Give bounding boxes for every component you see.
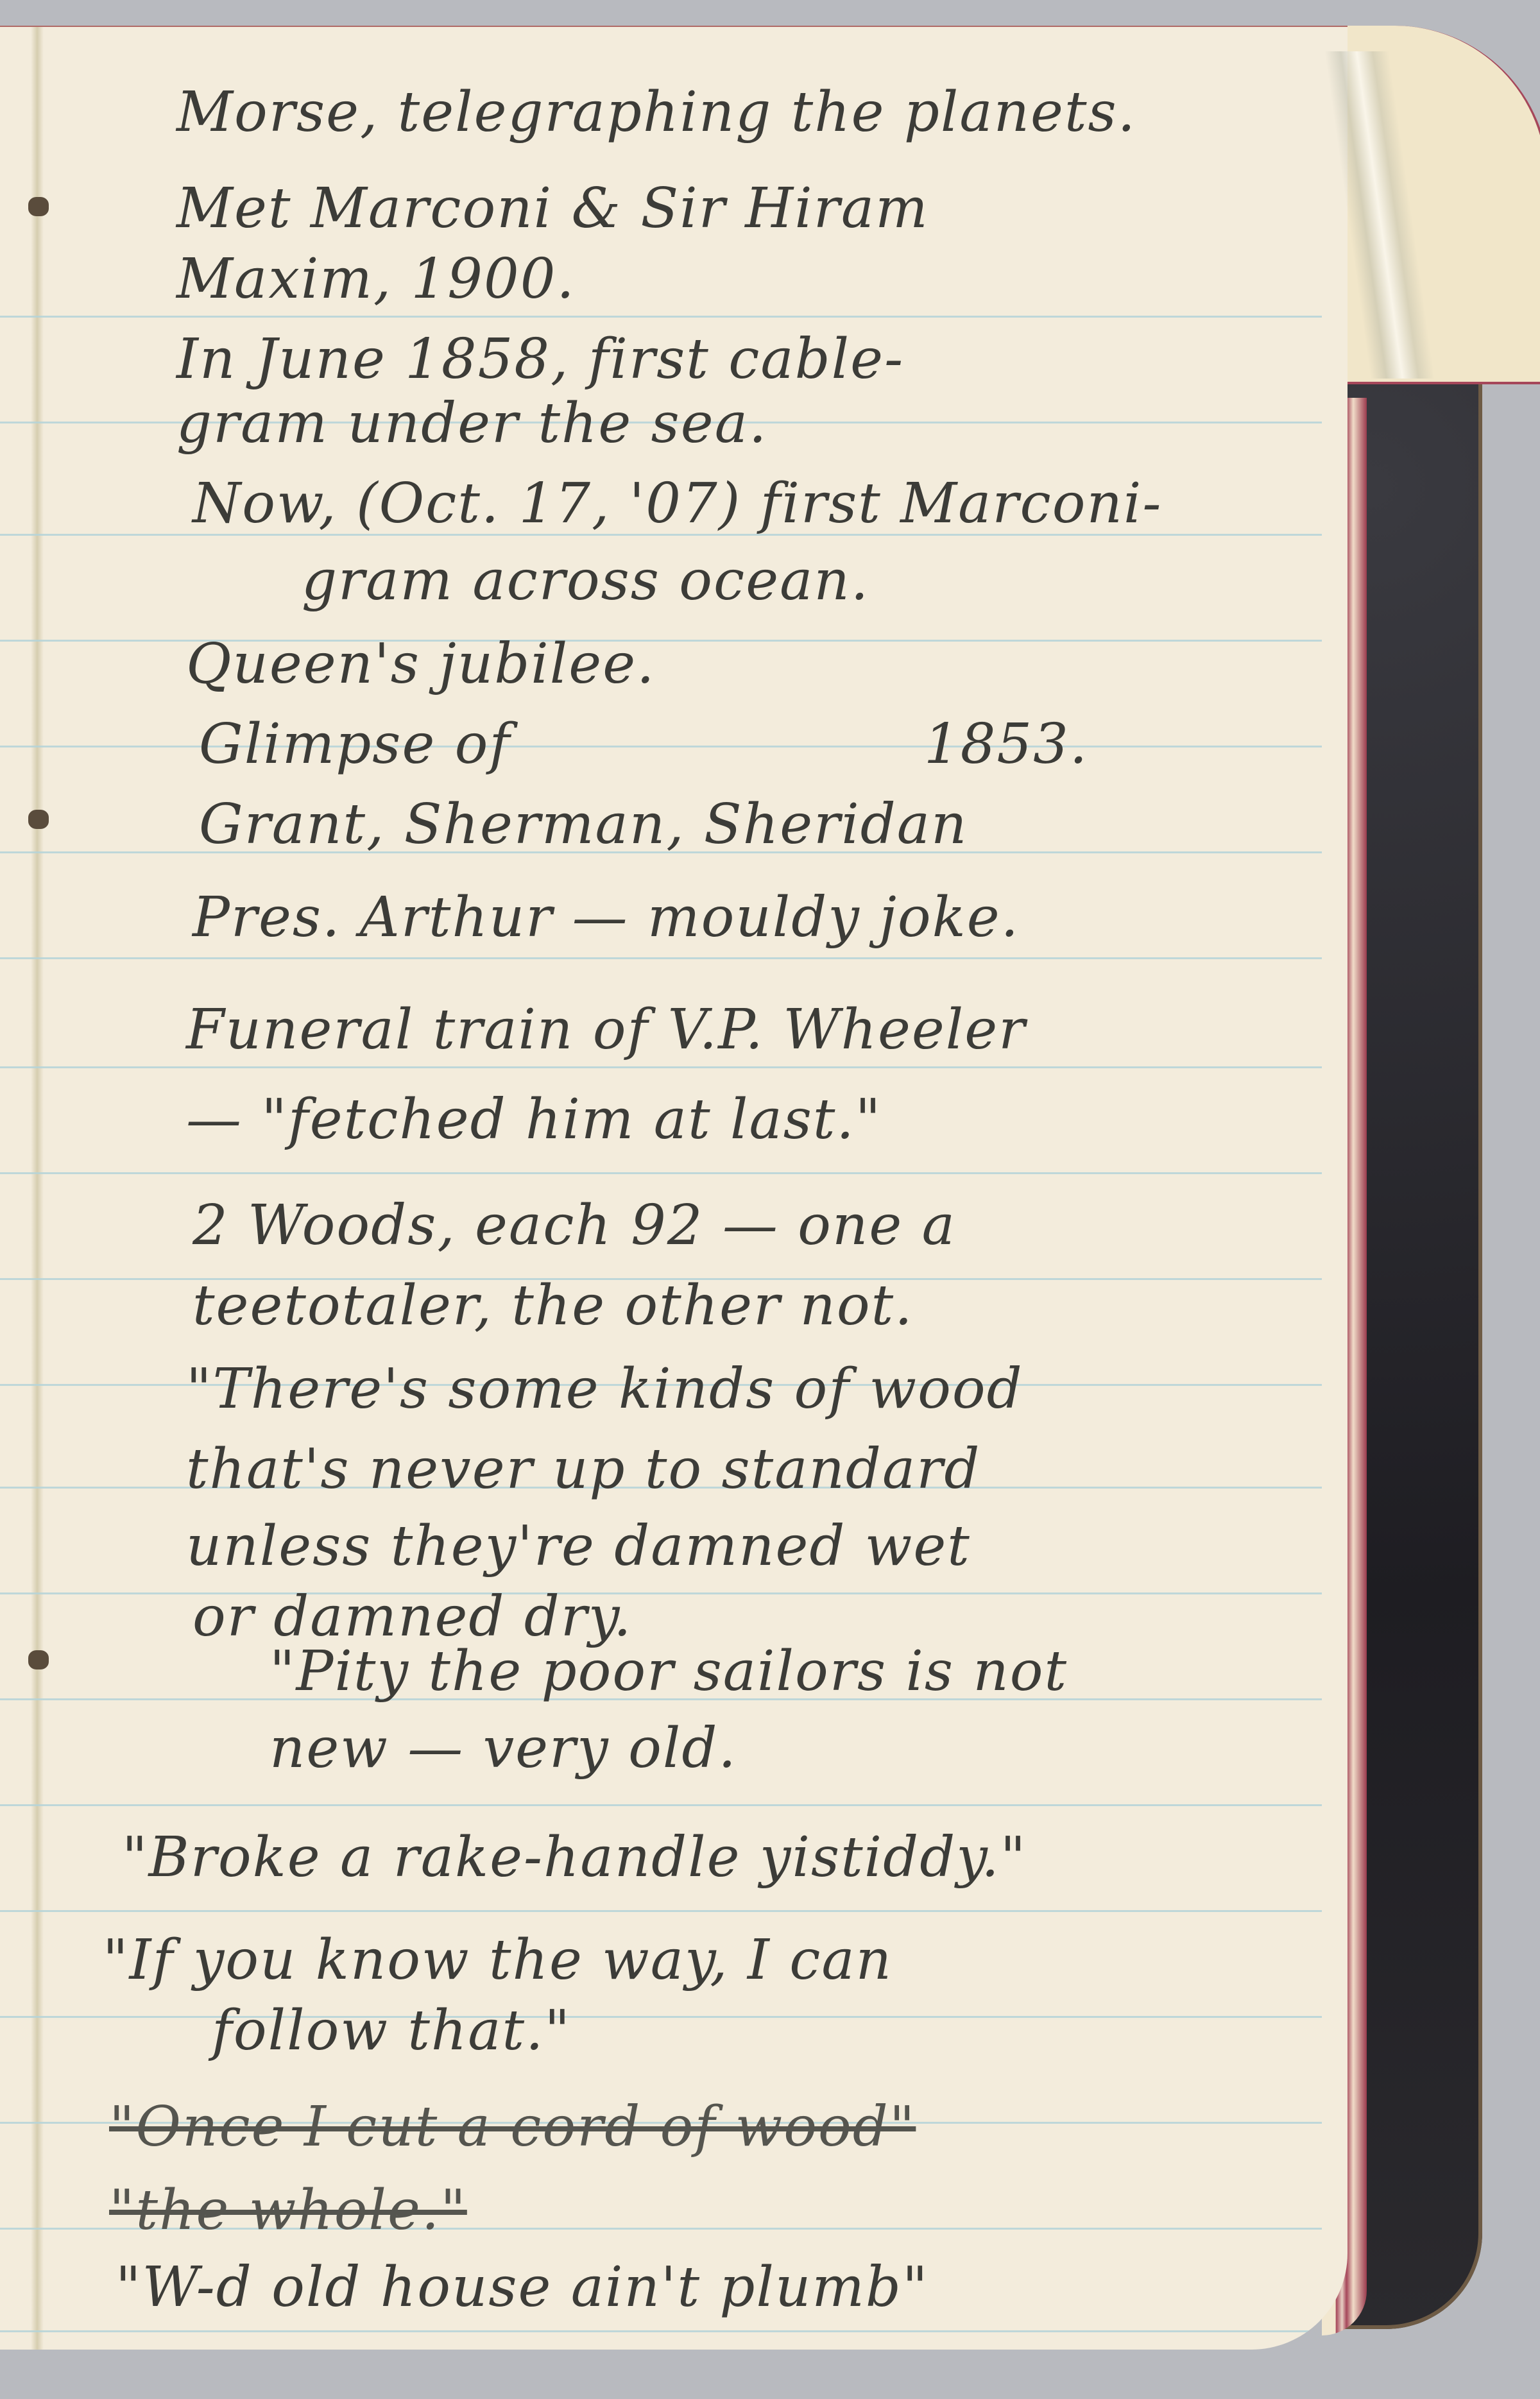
binding-hole (28, 197, 49, 216)
ruled-line (0, 2330, 1322, 2332)
handwritten-line: "W-d old house ain't plumb" (116, 2260, 929, 2315)
handwritten-line: gram under the sea. (176, 396, 767, 451)
handwritten-line: Grant, Sherman, Sheridan (199, 797, 968, 852)
handwritten-line: new — very old. (269, 1721, 737, 1776)
handwritten-line: gram across ocean. (302, 553, 869, 608)
struck-through-line: "the whole." (109, 2183, 467, 2238)
handwritten-line: 2 Woods, each 92 — one a (193, 1198, 956, 1253)
handwritten-line: Met Marconi & Sir Hiram (176, 181, 929, 236)
ruled-line (0, 1910, 1322, 1912)
ruled-line (0, 2016, 1322, 2018)
ruled-line (0, 957, 1322, 959)
handwritten-line: Morse, telegraphing the planets. (176, 85, 1136, 140)
ruled-line (0, 1172, 1322, 1174)
binding-hole (28, 810, 49, 829)
handwritten-line: Maxim, 1900. (176, 252, 576, 307)
ruled-line (0, 316, 1322, 318)
handwritten-line: — "fetched him at last." (186, 1092, 882, 1147)
handwritten-line: that's never up to standard (186, 1442, 980, 1497)
handwritten-line: "There's some kinds of wood (186, 1362, 1023, 1417)
ruled-line (0, 1066, 1322, 1068)
notebook-page: Morse, telegraphing the planets.Met Marc… (0, 26, 1347, 2350)
ruled-line (0, 1804, 1322, 1806)
handwritten-line: "Broke a rake-handle yistiddy." (122, 1830, 1027, 1885)
handwritten-line: 1853. (924, 717, 1088, 772)
handwritten-line: Now, (Oct. 17, '07) first Marconi- (193, 476, 1162, 531)
handwritten-line: Queen's jubilee. (186, 636, 655, 692)
handwritten-line: "If you know the way, I can (103, 1933, 893, 1988)
struck-through-line: "Once I cut a cord of wood" (109, 2099, 916, 2155)
binding-gutter (31, 27, 44, 2350)
handwritten-line: Pres. Arthur — mouldy joke. (193, 890, 1020, 945)
ruled-line (0, 746, 1322, 747)
handwritten-line: Funeral train of V.P. Wheeler (186, 1002, 1026, 1057)
handwritten-line: or damned dry. (193, 1589, 632, 1644)
handwritten-line: follow that." (212, 2003, 571, 2058)
binding-hole (28, 1650, 49, 1669)
handwritten-line: Glimpse of (199, 717, 511, 772)
handwritten-line: "Pity the poor sailors is not (269, 1644, 1068, 1699)
handwritten-line: teetotaler, the other not. (193, 1278, 914, 1333)
handwritten-line: unless they're damned wet (186, 1519, 971, 1574)
handwritten-line: In June 1858, first cable- (176, 332, 904, 387)
